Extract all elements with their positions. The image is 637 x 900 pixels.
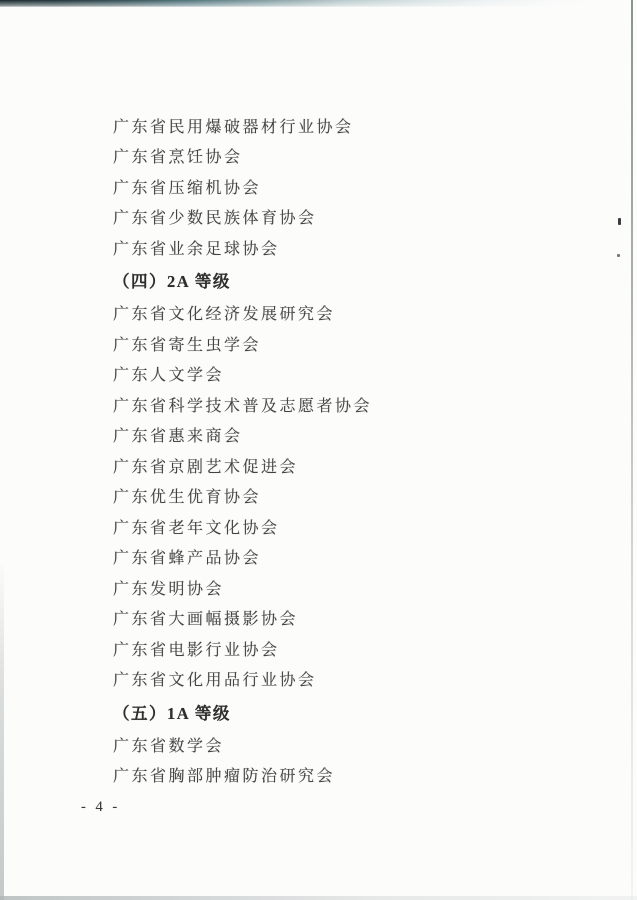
scan-artifact-top-edge [0,0,590,7]
list-item: 广东省寄生虫学会 [113,328,573,359]
scan-artifact-right-edge-line [631,0,633,900]
scan-artifact-left-edge [0,560,4,900]
list-item: 广东省业余足球协会 [113,232,573,263]
list-item: 广东省科学技术普及志愿者协会 [113,389,573,420]
list-item: 广东发明协会 [113,572,573,603]
scanned-document-page: 广东省民用爆破器材行业协会广东省烹饪协会广东省压缩机协会广东省少数民族体育协会广… [0,0,637,900]
scan-artifact-bottom-edge [0,896,637,900]
scan-speck [617,254,620,257]
list-item: 广东省惠来商会 [113,420,573,451]
list-item: 广东省压缩机协会 [113,171,573,202]
list-item: 广东省京剧艺术促进会 [113,450,573,481]
list-item: 广东省文化用品行业协会 [113,664,573,695]
list-item: 广东省大画幅摄影协会 [113,603,573,634]
list-item: 广东人文学会 [113,359,573,390]
scan-speck [618,218,621,225]
list-item: 广东省电影行业协会 [113,633,573,664]
list-item: 广东省胸部肿瘤防治研究会 [113,760,573,791]
list-item: 广东省蜂产品协会 [113,542,573,573]
list-item: 广东优生优育协会 [113,481,573,512]
association-list: 广东省民用爆破器材行业协会广东省烹饪协会广东省压缩机协会广东省少数民族体育协会广… [113,110,573,790]
page-number: - 4 - [81,799,120,816]
list-item: 广东省民用爆破器材行业协会 [113,110,573,141]
list-item: 广东省数学会 [113,729,573,760]
list-item: 广东省烹饪协会 [113,141,573,172]
list-item: 广东省老年文化协会 [113,511,573,542]
list-item: 广东省文化经济发展研究会 [113,298,573,329]
list-item: 广东省少数民族体育协会 [113,202,573,233]
section-heading: （四）2A 等级 [113,263,573,298]
section-heading: （五）1A 等级 [113,694,573,729]
